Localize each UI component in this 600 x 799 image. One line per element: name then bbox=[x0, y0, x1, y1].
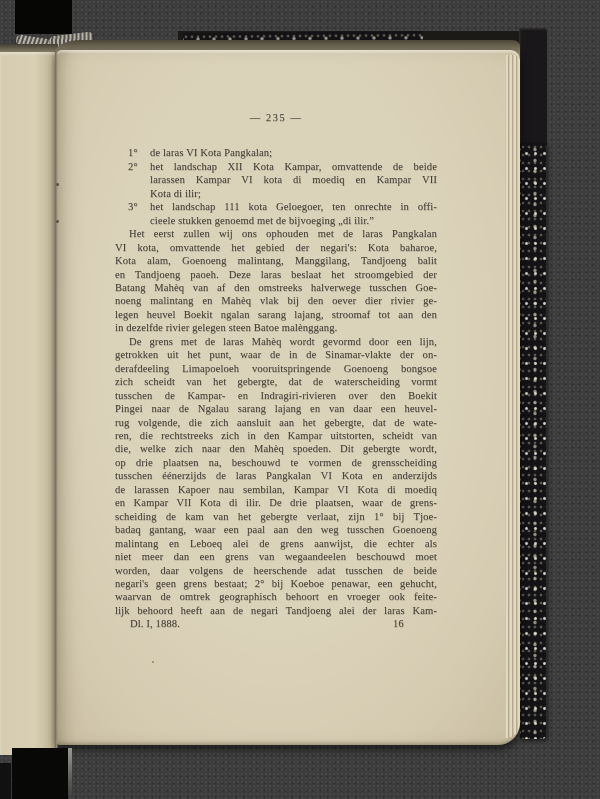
facing-page-sliver bbox=[0, 52, 57, 755]
paper-speck bbox=[56, 183, 59, 186]
list-item-2: 2° het landschap XII Kota Kampar, omvatt… bbox=[115, 161, 437, 201]
text-line: Pingei naar de Ngalau sarang lajang en v… bbox=[115, 403, 437, 416]
paragraph-2: De grens met de laras Mahèq wordt gevorm… bbox=[115, 336, 437, 619]
text-line: worden, daar volgens de heerschende adat… bbox=[115, 565, 437, 578]
page-number: — 235 — bbox=[115, 112, 437, 125]
text-line: scheiding de kam van het gebergte verlaa… bbox=[115, 511, 437, 524]
text-line: De grens met de laras Mahèq wordt gevorm… bbox=[115, 336, 437, 349]
book-cover-corner bbox=[519, 28, 547, 146]
list-item-number: 1° bbox=[128, 147, 138, 160]
marbled-cover-side-strip bbox=[520, 143, 546, 739]
list-item-text: het landschap 111 kota Geloegoer, ten on… bbox=[150, 201, 437, 228]
text-line: lijk behoord heeft aan de negari Tandjoe… bbox=[115, 605, 437, 618]
text-line: legen heuvel Boekit ngalan sarang lajang… bbox=[115, 309, 437, 322]
list-item-number: 2° bbox=[128, 161, 138, 174]
text-line: het landschap 111 kota Geloegoer, ten on… bbox=[150, 201, 437, 214]
spine-gap-top bbox=[15, 0, 72, 34]
text-line: derafdeeling Limapoeloeh vooruitspringen… bbox=[115, 363, 437, 376]
footer-volume-label: Dl. I, 1888. bbox=[130, 618, 180, 631]
list-item-text: de laras VI Kota Pangkalan; bbox=[150, 147, 437, 160]
text-line: in dezelfde rivier gelegen steen Batoe m… bbox=[115, 322, 437, 335]
paper-speck bbox=[56, 220, 59, 223]
text-line: VI kota, omvattende het gebied der negar… bbox=[115, 242, 437, 255]
text-line: badaq gantang, waar een paal aan den weg… bbox=[115, 524, 437, 537]
paragraph-1: Het eerst zullen wij ons ophouden met de… bbox=[115, 228, 437, 336]
text-line: waarvan de omtrek geographisch behoort e… bbox=[115, 591, 437, 604]
spine-gap-bottom bbox=[12, 748, 68, 799]
text-line: zich scheidt van het gebergte, dat de wa… bbox=[115, 376, 437, 389]
page-footer: Dl. I, 1888. 16 bbox=[115, 618, 437, 631]
text-line: en Tandjoeng paoeh. Deze laras beslaat h… bbox=[115, 269, 437, 282]
list-item-text: het landschap XII Kota Kampar, omvattend… bbox=[150, 161, 437, 201]
text-line: tusschen de Kampar- en Indragiri-riviere… bbox=[115, 390, 437, 403]
text-line: ren, die rechtstreeks zich in den Kampar… bbox=[115, 430, 437, 443]
text-line: de laras VI Kota Pangkalan; bbox=[150, 147, 437, 160]
text-line: niet meer dan een grens van wegaandeelen… bbox=[115, 551, 437, 564]
list-item-number: 3° bbox=[128, 201, 138, 214]
text-line: het landschap XII Kota Kampar, omvattend… bbox=[150, 161, 437, 174]
text-line: larassen Kampar VI kota di moediq en Kam… bbox=[150, 174, 437, 187]
text-line: noeng malintang en Mahèq vlak bij den oe… bbox=[115, 295, 437, 308]
list-item-3: 3° het landschap 111 kota Geloegoer, ten… bbox=[115, 201, 437, 228]
list-item-1: 1° de laras VI Kota Pangkalan; bbox=[115, 147, 437, 160]
text-line: Batang Mahèq van af den omstreeks halver… bbox=[115, 282, 437, 295]
text-line: getrokken uit het punt, waar de in de Si… bbox=[115, 349, 437, 362]
text-line: cieele stukken genoemd met de bijvoeging… bbox=[150, 215, 437, 228]
text-line: Kota alam, Goenoeng malintang, Manggilan… bbox=[115, 255, 437, 268]
book-scan-photo: — 235 — 1° de laras VI Kota Pangkalan; 2… bbox=[0, 0, 600, 799]
text-line: op drie plaatsen na, beschouwd te vormen… bbox=[115, 457, 437, 470]
page-text-column: — 235 — 1° de laras VI Kota Pangkalan; 2… bbox=[115, 112, 437, 632]
paper-speck bbox=[152, 661, 154, 663]
spine-gap-bottom bbox=[0, 763, 11, 799]
footer-signature-number: 16 bbox=[393, 618, 404, 631]
text-line: de larassen Kapoer nau sembilan, Kampar … bbox=[115, 484, 437, 497]
text-line: tusschen éénerzijds de laras Pangkalan V… bbox=[115, 470, 437, 483]
text-line: en Kampar VII Kota di ilir. De drie plaa… bbox=[115, 497, 437, 510]
gutter-crease bbox=[55, 52, 58, 752]
text-line: rug volgende, die zich aansluit aan het … bbox=[115, 417, 437, 430]
text-line: negari's geen grens bestaat; 2° bij Koeb… bbox=[115, 578, 437, 591]
text-line: malintang en Leboeq alei de grens aanwij… bbox=[115, 538, 437, 551]
text-line: die, welke zich naar den Mahèq spoeden. … bbox=[115, 443, 437, 456]
text-line: Het eerst zullen wij ons ophouden met de… bbox=[115, 228, 437, 241]
text-line: Kota di ilir; bbox=[150, 188, 437, 201]
